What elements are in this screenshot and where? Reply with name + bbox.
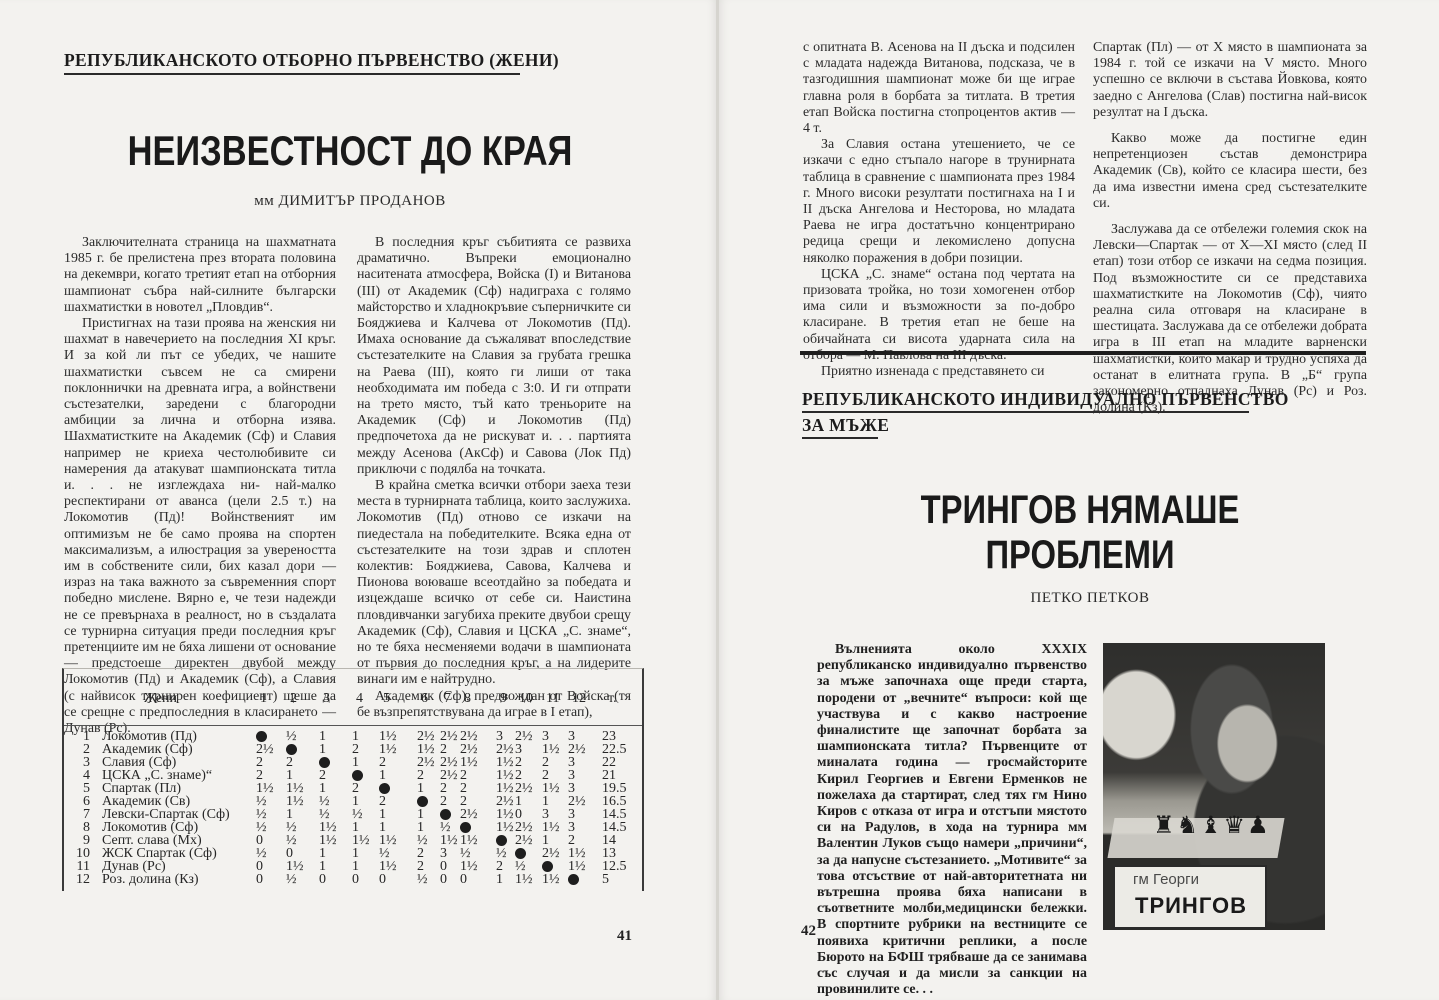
column-header: 3 [323,691,330,707]
article-continuation-column-1: с опитната В. Асенова на II дъска и подс… [803,40,1075,380]
paragraph: Спартак (Пл) — от X място в шампионата з… [1093,40,1367,121]
row-total: 5 [602,872,609,888]
column-header: 7 [444,691,451,707]
column-header: 12 [572,691,586,707]
crosstable-title: Жени [144,691,177,707]
name-plate-line1: гм Георги [1133,871,1199,888]
section-divider-rule [800,351,1366,355]
page-number-left: 41 [617,928,632,945]
section-heading-men-line1: РЕПУБЛИКАНСКОТО ИНДИВИДУАЛНО ПЪРВЕНСТВО [802,389,1289,410]
name-plate-line2: ТРИНГОВ [1135,893,1247,919]
score-cell: ½ [286,872,297,888]
article-continuation-column-2: Спартак (Пл) — от X място в шампионата з… [1093,40,1367,416]
section-heading-underline [802,411,1249,413]
diagonal-dot-icon [568,872,579,888]
article-title-left: НЕИЗВЕСТНОСТ ДО КРАЯ [112,127,588,175]
column-header: 9 [500,691,507,707]
score-cell: 0 [440,872,447,888]
byline-left: мм ДИМИТЪР ПРОДАНОВ [60,193,640,210]
column-header: 5 [383,691,390,707]
article-lead: Вълненията около XXXIX републиканско инд… [817,642,1087,998]
article-column-2: В последния кръг събитията се развиха др… [357,235,631,721]
byline-right: ПЕТКО ПЕТКОВ [960,590,1220,607]
section-heading-underline [802,437,878,439]
column-header: 4 [356,691,363,707]
column-header: 10 [519,691,533,707]
section-heading-men-line2: ЗА МЪЖЕ [802,415,889,436]
crosstable-header: Жени 1 2 3 4 5 6 7 8 9 10 11 12 т. [64,691,642,711]
row-team-name: Роз. долина (Кз) [102,872,199,888]
score-cell: 1½ [515,872,533,888]
column-header: 6 [421,691,428,707]
paragraph: В крайна сметка всички отбори заеха тези… [357,478,631,689]
column-header: 11 [546,691,559,707]
paragraph: с опитната В. Асенова на II дъска и подс… [803,40,1075,137]
chess-pieces-icon: ♜♞♝♛♟ [1153,811,1271,840]
spine-fold [716,0,719,1000]
column-header: 8 [464,691,471,707]
paragraph: Вълненията около XXXIX републиканско инд… [817,642,1087,998]
section-heading-women: РЕПУБЛИКАНСКОТО ОТБОРНО ПЪРВЕНСТВО (ЖЕНИ… [64,50,559,71]
score-cell: 0 [352,872,359,888]
score-cell: 1 [496,872,503,888]
section-heading-underline [64,73,520,75]
column-header: 2 [290,691,297,707]
score-cell: 0 [319,872,326,888]
score-cell: 0 [256,872,263,888]
score-cell: 1½ [542,872,560,888]
paragraph: В последния кръг събитията се развиха др… [357,235,631,478]
column-header: т. [608,691,617,707]
score-cell: 0 [460,872,467,888]
paragraph: Заслужава да се отбележи големия скок на… [1093,222,1367,416]
paragraph: ЦСКА „С. знаме“ остана под чертата на пр… [803,267,1075,364]
paragraph: Какво може да постигне един непретенциоз… [1093,131,1367,212]
score-cell: 0 [379,872,386,888]
row-rank: 12 [72,872,90,888]
page-number-right: 42 [801,923,816,940]
column-header: 1 [260,691,267,707]
crosstable-header-rule [64,725,642,726]
photo-tringov: ♜♞♝♛♟ гм Георги ТРИНГОВ [1103,643,1325,930]
article-column-1: Заключителната страница на шахматната 19… [64,235,336,737]
crosstable: Жени 1 2 3 4 5 6 7 8 9 10 11 12 т. 1Локо… [62,668,644,891]
name-plate: гм Георги ТРИНГОВ [1113,865,1267,929]
article-title-right-line1: ТРИНГОВ НЯМАШЕ [908,488,1252,533]
paragraph: Приятно изненада с представянето си [803,364,1075,380]
paragraph: За Славия остана утешението, че се изкач… [803,137,1075,267]
article-title-right-line2: ПРОБЛЕМИ [908,533,1252,578]
score-cell: ½ [417,872,428,888]
paragraph: Заключителната страница на шахматната 19… [64,235,336,316]
